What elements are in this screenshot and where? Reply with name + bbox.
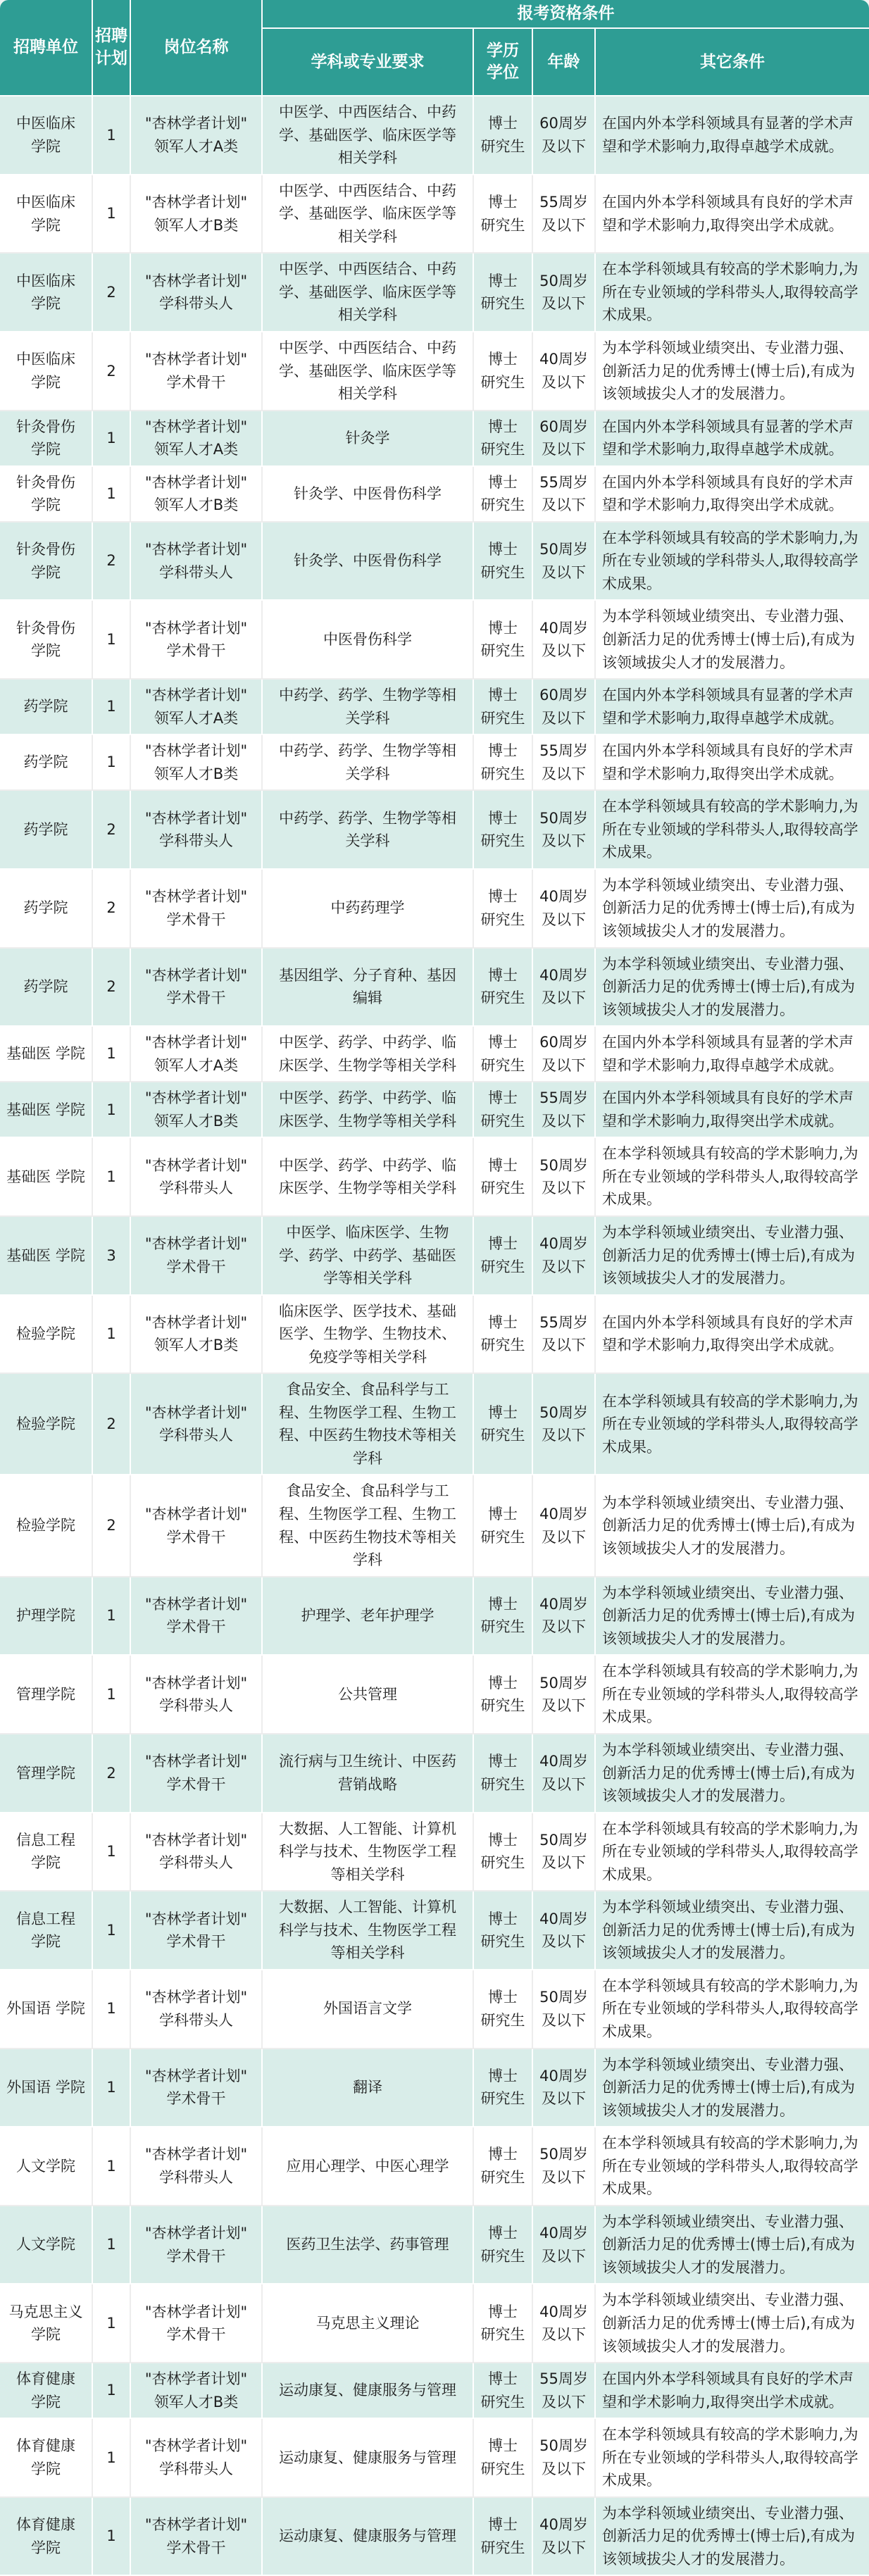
cell-position: "杏林学者计划" 领军人才A类 <box>131 1027 263 1082</box>
cell-other: 为本学科领域业绩突出、专业潜力强、创新活力足的优秀博士(博士后),有成为该领域拔… <box>596 2206 869 2285</box>
cell-subject: 大数据、人工智能、计算机科学与技术、生物医学工程等相关学科 <box>263 1813 474 1892</box>
cell-unit: 药学院 <box>0 870 93 949</box>
cell-unit: 中医临床 学院 <box>0 175 93 254</box>
cell-plan: 1 <box>93 2498 131 2576</box>
cell-degree: 博士 研究生 <box>474 2363 533 2419</box>
cell-age: 40周岁 及以下 <box>533 601 596 680</box>
cell-age: 60周岁 及以下 <box>533 680 596 735</box>
cell-unit: 管理学院 <box>0 1734 93 1813</box>
table-row: 针灸骨伤 学院1"杏林学者计划" 领军人才A类针灸学博士 研究生60周岁 及以下… <box>0 411 869 467</box>
cell-unit: 体育健康 学院 <box>0 2419 93 2498</box>
cell-position: "杏林学者计划" 领军人才B类 <box>131 1082 263 1138</box>
cell-other: 在国内外本学科领域具有良好的学术声望和学术影响力,取得突出学术成就。 <box>596 735 869 791</box>
cell-degree: 博士 研究生 <box>474 1374 533 1475</box>
cell-degree: 博士 研究生 <box>474 1217 533 1296</box>
cell-age: 55周岁 及以下 <box>533 1296 596 1375</box>
cell-unit: 外国语 学院 <box>0 1970 93 2049</box>
col-header-unit: 招聘单位 <box>0 0 93 96</box>
cell-degree: 博士 研究生 <box>474 2284 533 2363</box>
cell-degree: 博士 研究生 <box>474 332 533 411</box>
cell-position: "杏林学者计划" 学术骨干 <box>131 601 263 680</box>
cell-plan: 2 <box>93 523 131 601</box>
cell-unit: 人文学院 <box>0 2127 93 2206</box>
cell-plan: 1 <box>93 680 131 735</box>
cell-subject: 中医学、临床医学、生物学、药学、中药学、基础医学等相关学科 <box>263 1217 474 1296</box>
cell-plan: 1 <box>93 601 131 680</box>
cell-plan: 1 <box>93 1813 131 1892</box>
cell-unit: 体育健康 学院 <box>0 2498 93 2576</box>
cell-degree: 博士 研究生 <box>474 791 533 870</box>
table-row: 药学院2"杏林学者计划" 学术骨干基因组学、分子育种、基因编辑博士 研究生40周… <box>0 949 869 1027</box>
cell-unit: 信息工程 学院 <box>0 1813 93 1892</box>
recruitment-table-sheet: 招聘单位 招聘 计划 岗位名称 报考资格条件 学科或专业要求 学历 学位 年龄 … <box>0 0 869 2576</box>
cell-subject: 运动康复、健康服务与管理 <box>263 2363 474 2419</box>
cell-degree: 博士 研究生 <box>474 1970 533 2049</box>
table-row: 体育健康 学院1"杏林学者计划" 学术骨干运动康复、健康服务与管理博士 研究生4… <box>0 2498 869 2576</box>
cell-subject: 公共管理 <box>263 1656 474 1734</box>
cell-other: 在本学科领域具有较高的学术影响力,为所在专业领域的学科带头人,取得较高学术成果。 <box>596 254 869 332</box>
cell-plan: 1 <box>93 1082 131 1138</box>
cell-unit: 基础医 学院 <box>0 1217 93 1296</box>
cell-plan: 1 <box>93 1296 131 1375</box>
cell-unit: 管理学院 <box>0 1656 93 1734</box>
cell-position: "杏林学者计划" 领军人才B类 <box>131 467 263 523</box>
cell-plan: 2 <box>93 1734 131 1813</box>
cell-degree: 博士 研究生 <box>474 96 533 175</box>
cell-degree: 博士 研究生 <box>474 1734 533 1813</box>
cell-age: 50周岁 及以下 <box>533 1138 596 1217</box>
cell-degree: 博士 研究生 <box>474 1656 533 1734</box>
cell-subject: 大数据、人工智能、计算机科学与技术、生物医学工程等相关学科 <box>263 1892 474 1970</box>
cell-subject: 针灸学、中医骨伤科学 <box>263 523 474 601</box>
table-row: 检验学院2"杏林学者计划" 学术骨干食品安全、食品科学与工程、生物医学工程、生物… <box>0 1475 869 1577</box>
cell-position: "杏林学者计划" 学科带头人 <box>131 254 263 332</box>
cell-other: 为本学科领域业绩突出、专业潜力强、创新活力足的优秀博士(博士后),有成为该领域拔… <box>596 1892 869 1970</box>
cell-plan: 1 <box>93 2419 131 2498</box>
cell-other: 在本学科领域具有较高的学术影响力,为所在专业领域的学科带头人,取得较高学术成果。 <box>596 1138 869 1217</box>
cell-plan: 3 <box>93 1217 131 1296</box>
cell-unit: 中医临床 学院 <box>0 254 93 332</box>
cell-subject: 食品安全、食品科学与工程、生物医学工程、生物工程、中医药生物技术等相关学科 <box>263 1475 474 1577</box>
cell-other: 在国内外本学科领域具有良好的学术声望和学术影响力,取得突出学术成就。 <box>596 175 869 254</box>
cell-plan: 1 <box>93 1656 131 1734</box>
cell-position: "杏林学者计划" 领军人才A类 <box>131 680 263 735</box>
cell-subject: 运动康复、健康服务与管理 <box>263 2498 474 2576</box>
cell-position: "杏林学者计划" 学术骨干 <box>131 870 263 949</box>
table-row: 检验学院1"杏林学者计划" 领军人才B类临床医学、医学技术、基础医学、生物学、生… <box>0 1296 869 1375</box>
cell-degree: 博士 研究生 <box>474 1027 533 1082</box>
cell-age: 40周岁 及以下 <box>533 2049 596 2128</box>
cell-other: 在国内外本学科领域具有显著的学术声望和学术影响力,取得卓越学术成就。 <box>596 411 869 467</box>
cell-degree: 博士 研究生 <box>474 2049 533 2128</box>
cell-subject: 针灸学 <box>263 411 474 467</box>
table-row: 中医临床 学院2"杏林学者计划" 学科带头人中医学、中西医结合、中药学、基础医学… <box>0 254 869 332</box>
table-row: 基础医 学院1"杏林学者计划" 领军人才B类中医学、药学、中药学、临床医学、生物… <box>0 1082 869 1138</box>
table-row: 管理学院2"杏林学者计划" 学术骨干流行病与卫生统计、中医药营销战略博士 研究生… <box>0 1734 869 1813</box>
cell-position: "杏林学者计划" 学科带头人 <box>131 2127 263 2206</box>
cell-subject: 中医学、中西医结合、中药学、基础医学、临床医学等相关学科 <box>263 332 474 411</box>
cell-unit: 药学院 <box>0 949 93 1027</box>
cell-subject: 外国语言文学 <box>263 1970 474 2049</box>
cell-position: "杏林学者计划" 学术骨干 <box>131 2284 263 2363</box>
table-row: 马克思主义 学院1"杏林学者计划" 学术骨干马克思主义理论博士 研究生40周岁 … <box>0 2284 869 2363</box>
cell-unit: 人文学院 <box>0 2206 93 2285</box>
cell-other: 为本学科领域业绩突出、专业潜力强、创新活力足的优秀博士(博士后),有成为该领域拔… <box>596 1577 869 1656</box>
col-header-subject: 学科或专业要求 <box>263 29 474 96</box>
table-body: 中医临床 学院1"杏林学者计划" 领军人才A类中医学、中西医结合、中药学、基础医… <box>0 96 869 2576</box>
cell-plan: 1 <box>93 175 131 254</box>
cell-other: 为本学科领域业绩突出、专业潜力强、创新活力足的优秀博士(博士后),有成为该领域拔… <box>596 1734 869 1813</box>
cell-position: "杏林学者计划" 领军人才B类 <box>131 2363 263 2419</box>
cell-degree: 博士 研究生 <box>474 2127 533 2206</box>
table-row: 检验学院2"杏林学者计划" 学科带头人食品安全、食品科学与工程、生物医学工程、生… <box>0 1374 869 1475</box>
cell-other: 在本学科领域具有较高的学术影响力,为所在专业领域的学科带头人,取得较高学术成果。 <box>596 523 869 601</box>
cell-unit: 外国语 学院 <box>0 2049 93 2128</box>
cell-unit: 药学院 <box>0 791 93 870</box>
cell-plan: 2 <box>93 1475 131 1577</box>
cell-subject: 中医学、中西医结合、中药学、基础医学、临床医学等相关学科 <box>263 175 474 254</box>
cell-plan: 1 <box>93 2363 131 2419</box>
cell-position: "杏林学者计划" 学术骨干 <box>131 2206 263 2285</box>
table-row: 护理学院1"杏林学者计划" 学术骨干护理学、老年护理学博士 研究生40周岁 及以… <box>0 1577 869 1656</box>
cell-plan: 1 <box>93 1577 131 1656</box>
cell-age: 50周岁 及以下 <box>533 1813 596 1892</box>
table-row: 体育健康 学院1"杏林学者计划" 领军人才B类运动康复、健康服务与管理博士 研究… <box>0 2363 869 2419</box>
cell-unit: 检验学院 <box>0 1296 93 1375</box>
cell-age: 40周岁 及以下 <box>533 1475 596 1577</box>
cell-subject: 基因组学、分子育种、基因编辑 <box>263 949 474 1027</box>
cell-age: 40周岁 及以下 <box>533 870 596 949</box>
cell-subject: 中药药理学 <box>263 870 474 949</box>
cell-position: "杏林学者计划" 学术骨干 <box>131 1475 263 1577</box>
cell-degree: 博士 研究生 <box>474 175 533 254</box>
cell-age: 40周岁 及以下 <box>533 332 596 411</box>
cell-unit: 中医临床 学院 <box>0 96 93 175</box>
cell-position: "杏林学者计划" 学科带头人 <box>131 1970 263 2049</box>
cell-subject: 马克思主义理论 <box>263 2284 474 2363</box>
cell-unit: 针灸骨伤 学院 <box>0 411 93 467</box>
cell-other: 在本学科领域具有较高的学术影响力,为所在专业领域的学科带头人,取得较高学术成果。 <box>596 1374 869 1475</box>
cell-other: 在本学科领域具有较高的学术影响力,为所在专业领域的学科带头人,取得较高学术成果。 <box>596 1656 869 1734</box>
cell-unit: 针灸骨伤 学院 <box>0 467 93 523</box>
recruitment-table: 招聘单位 招聘 计划 岗位名称 报考资格条件 学科或专业要求 学历 学位 年龄 … <box>0 0 869 2576</box>
cell-subject: 护理学、老年护理学 <box>263 1577 474 1656</box>
cell-position: "杏林学者计划" 学术骨干 <box>131 1217 263 1296</box>
table-row: 人文学院1"杏林学者计划" 学科带头人应用心理学、中医心理学博士 研究生50周岁… <box>0 2127 869 2206</box>
cell-age: 50周岁 及以下 <box>533 2127 596 2206</box>
cell-plan: 1 <box>93 1892 131 1970</box>
cell-other: 为本学科领域业绩突出、专业潜力强、创新活力足的优秀博士(博士后),有成为该领域拔… <box>596 601 869 680</box>
cell-plan: 1 <box>93 411 131 467</box>
cell-plan: 1 <box>93 2049 131 2128</box>
cell-position: "杏林学者计划" 学科带头人 <box>131 1374 263 1475</box>
table-row: 药学院1"杏林学者计划" 领军人才A类中药学、药学、生物学等相关学科博士 研究生… <box>0 680 869 735</box>
cell-position: "杏林学者计划" 学科带头人 <box>131 791 263 870</box>
cell-unit: 药学院 <box>0 735 93 791</box>
cell-plan: 2 <box>93 870 131 949</box>
cell-position: "杏林学者计划" 领军人才B类 <box>131 1296 263 1375</box>
cell-age: 40周岁 及以下 <box>533 949 596 1027</box>
cell-other: 为本学科领域业绩突出、专业潜力强、创新活力足的优秀博士(博士后),有成为该领域拔… <box>596 332 869 411</box>
cell-age: 55周岁 及以下 <box>533 2363 596 2419</box>
cell-age: 50周岁 及以下 <box>533 1970 596 2049</box>
cell-other: 为本学科领域业绩突出、专业潜力强、创新活力足的优秀博士(博士后),有成为该领域拔… <box>596 2498 869 2576</box>
table-row: 药学院1"杏林学者计划" 领军人才B类中药学、药学、生物学等相关学科博士 研究生… <box>0 735 869 791</box>
cell-age: 40周岁 及以下 <box>533 1577 596 1656</box>
cell-degree: 博士 研究生 <box>474 411 533 467</box>
table-row: 信息工程 学院1"杏林学者计划" 学术骨干大数据、人工智能、计算机科学与技术、生… <box>0 1892 869 1970</box>
table-row: 药学院2"杏林学者计划" 学科带头人中药学、药学、生物学等相关学科博士 研究生5… <box>0 791 869 870</box>
cell-other: 在国内外本学科领域具有显著的学术声望和学术影响力,取得卓越学术成就。 <box>596 96 869 175</box>
table-row: 体育健康 学院1"杏林学者计划" 学科带头人运动康复、健康服务与管理博士 研究生… <box>0 2419 869 2498</box>
cell-degree: 博士 研究生 <box>474 2206 533 2285</box>
cell-other: 在本学科领域具有较高的学术影响力,为所在专业领域的学科带头人,取得较高学术成果。 <box>596 791 869 870</box>
table-row: 基础医 学院3"杏林学者计划" 学术骨干中医学、临床医学、生物学、药学、中药学、… <box>0 1217 869 1296</box>
cell-plan: 1 <box>93 2284 131 2363</box>
table-row: 针灸骨伤 学院1"杏林学者计划" 领军人才B类针灸学、中医骨伤科学博士 研究生5… <box>0 467 869 523</box>
cell-unit: 基础医 学院 <box>0 1027 93 1082</box>
cell-degree: 博士 研究生 <box>474 254 533 332</box>
table-row: 针灸骨伤 学院2"杏林学者计划" 学科带头人针灸学、中医骨伤科学博士 研究生50… <box>0 523 869 601</box>
cell-unit: 基础医 学院 <box>0 1138 93 1217</box>
cell-subject: 中医骨伤科学 <box>263 601 474 680</box>
cell-plan: 2 <box>93 949 131 1027</box>
cell-plan: 2 <box>93 791 131 870</box>
cell-age: 40周岁 及以下 <box>533 1217 596 1296</box>
cell-plan: 2 <box>93 254 131 332</box>
cell-subject: 临床医学、医学技术、基础医学、生物学、生物技术、免疫学等相关学科 <box>263 1296 474 1375</box>
cell-position: "杏林学者计划" 领军人才A类 <box>131 411 263 467</box>
cell-position: "杏林学者计划" 学术骨干 <box>131 949 263 1027</box>
col-header-position: 岗位名称 <box>131 0 263 96</box>
cell-other: 在国内外本学科领域具有良好的学术声望和学术影响力,取得突出学术成就。 <box>596 1082 869 1138</box>
table-row: 基础医 学院1"杏林学者计划" 领军人才A类中医学、药学、中药学、临床医学、生物… <box>0 1027 869 1082</box>
cell-age: 50周岁 及以下 <box>533 254 596 332</box>
cell-plan: 1 <box>93 1970 131 2049</box>
cell-unit: 药学院 <box>0 680 93 735</box>
cell-degree: 博士 研究生 <box>474 1082 533 1138</box>
cell-position: "杏林学者计划" 学术骨干 <box>131 1892 263 1970</box>
cell-position: "杏林学者计划" 学术骨干 <box>131 332 263 411</box>
table-row: 中医临床 学院1"杏林学者计划" 领军人才A类中医学、中西医结合、中药学、基础医… <box>0 96 869 175</box>
cell-degree: 博士 研究生 <box>474 870 533 949</box>
cell-age: 40周岁 及以下 <box>533 2206 596 2285</box>
cell-unit: 针灸骨伤 学院 <box>0 601 93 680</box>
cell-age: 40周岁 及以下 <box>533 1892 596 1970</box>
cell-degree: 博士 研究生 <box>474 735 533 791</box>
cell-age: 60周岁 及以下 <box>533 96 596 175</box>
cell-subject: 针灸学、中医骨伤科学 <box>263 467 474 523</box>
col-header-other: 其它条件 <box>596 29 869 96</box>
cell-other: 在本学科领域具有较高的学术影响力,为所在专业领域的学科带头人,取得较高学术成果。 <box>596 1970 869 2049</box>
cell-other: 在本学科领域具有较高的学术影响力,为所在专业领域的学科带头人,取得较高学术成果。 <box>596 2419 869 2498</box>
cell-subject: 医药卫生法学、药事管理 <box>263 2206 474 2285</box>
cell-position: "杏林学者计划" 领军人才B类 <box>131 175 263 254</box>
col-header-qualifications-group: 报考资格条件 <box>263 0 869 29</box>
cell-unit: 基础医 学院 <box>0 1082 93 1138</box>
cell-degree: 博士 研究生 <box>474 601 533 680</box>
cell-position: "杏林学者计划" 学术骨干 <box>131 1577 263 1656</box>
cell-plan: 1 <box>93 2127 131 2206</box>
cell-plan: 1 <box>93 1027 131 1082</box>
cell-subject: 中医学、中西医结合、中药学、基础医学、临床医学等相关学科 <box>263 96 474 175</box>
cell-degree: 博士 研究生 <box>474 680 533 735</box>
cell-degree: 博士 研究生 <box>474 1813 533 1892</box>
cell-age: 40周岁 及以下 <box>533 2498 596 2576</box>
cell-plan: 1 <box>93 1138 131 1217</box>
cell-age: 50周岁 及以下 <box>533 1374 596 1475</box>
cell-subject: 流行病与卫生统计、中医药营销战略 <box>263 1734 474 1813</box>
cell-unit: 中医临床 学院 <box>0 332 93 411</box>
cell-subject: 运动康复、健康服务与管理 <box>263 2419 474 2498</box>
cell-age: 40周岁 及以下 <box>533 1734 596 1813</box>
col-header-age: 年龄 <box>533 29 596 96</box>
cell-age: 60周岁 及以下 <box>533 1027 596 1082</box>
cell-other: 在本学科领域具有较高的学术影响力,为所在专业领域的学科带头人,取得较高学术成果。 <box>596 1813 869 1892</box>
cell-position: "杏林学者计划" 学术骨干 <box>131 2498 263 2576</box>
table-header: 招聘单位 招聘 计划 岗位名称 报考资格条件 学科或专业要求 学历 学位 年龄 … <box>0 0 869 96</box>
cell-age: 60周岁 及以下 <box>533 411 596 467</box>
table-row: 中医临床 学院1"杏林学者计划" 领军人才B类中医学、中西医结合、中药学、基础医… <box>0 175 869 254</box>
cell-plan: 1 <box>93 96 131 175</box>
cell-age: 50周岁 及以下 <box>533 1656 596 1734</box>
cell-unit: 信息工程 学院 <box>0 1892 93 1970</box>
cell-position: "杏林学者计划" 领军人才B类 <box>131 735 263 791</box>
cell-subject: 中医学、中西医结合、中药学、基础医学、临床医学等相关学科 <box>263 254 474 332</box>
cell-age: 55周岁 及以下 <box>533 1082 596 1138</box>
table-row: 外国语 学院1"杏林学者计划" 学术骨干翻译博士 研究生40周岁 及以下为本学科… <box>0 2049 869 2128</box>
cell-subject: 中医学、药学、中药学、临床医学、生物学等相关学科 <box>263 1027 474 1082</box>
cell-position: "杏林学者计划" 学术骨干 <box>131 2049 263 2128</box>
cell-position: "杏林学者计划" 学科带头人 <box>131 1138 263 1217</box>
col-header-plan: 招聘 计划 <box>93 0 131 96</box>
cell-degree: 博士 研究生 <box>474 949 533 1027</box>
table-row: 药学院2"杏林学者计划" 学术骨干中药药理学博士 研究生40周岁 及以下为本学科… <box>0 870 869 949</box>
cell-other: 为本学科领域业绩突出、专业潜力强、创新活力足的优秀博士(博士后),有成为该领域拔… <box>596 870 869 949</box>
cell-unit: 体育健康 学院 <box>0 2363 93 2419</box>
table-row: 外国语 学院1"杏林学者计划" 学科带头人外国语言文学博士 研究生50周岁 及以… <box>0 1970 869 2049</box>
cell-other: 为本学科领域业绩突出、专业潜力强、创新活力足的优秀博士(博士后),有成为该领域拔… <box>596 2284 869 2363</box>
cell-plan: 2 <box>93 332 131 411</box>
cell-unit: 马克思主义 学院 <box>0 2284 93 2363</box>
cell-degree: 博士 研究生 <box>474 1475 533 1577</box>
cell-degree: 博士 研究生 <box>474 1577 533 1656</box>
cell-subject: 中药学、药学、生物学等相关学科 <box>263 680 474 735</box>
table-row: 管理学院1"杏林学者计划" 学科带头人公共管理博士 研究生50周岁 及以下在本学… <box>0 1656 869 1734</box>
cell-position: "杏林学者计划" 学科带头人 <box>131 523 263 601</box>
cell-unit: 护理学院 <box>0 1577 93 1656</box>
cell-plan: 1 <box>93 467 131 523</box>
cell-degree: 博士 研究生 <box>474 2419 533 2498</box>
cell-degree: 博士 研究生 <box>474 2498 533 2576</box>
table-row: 中医临床 学院2"杏林学者计划" 学术骨干中医学、中西医结合、中药学、基础医学、… <box>0 332 869 411</box>
cell-plan: 1 <box>93 2206 131 2285</box>
cell-age: 50周岁 及以下 <box>533 523 596 601</box>
table-row: 人文学院1"杏林学者计划" 学术骨干医药卫生法学、药事管理博士 研究生40周岁 … <box>0 2206 869 2285</box>
cell-subject: 翻译 <box>263 2049 474 2128</box>
cell-other: 在国内外本学科领域具有显著的学术声望和学术影响力,取得卓越学术成就。 <box>596 1027 869 1082</box>
table-row: 信息工程 学院1"杏林学者计划" 学科带头人大数据、人工智能、计算机科学与技术、… <box>0 1813 869 1892</box>
cell-plan: 2 <box>93 1374 131 1475</box>
cell-other: 在国内外本学科领域具有显著的学术声望和学术影响力,取得卓越学术成就。 <box>596 680 869 735</box>
header-row-group: 招聘单位 招聘 计划 岗位名称 报考资格条件 <box>0 0 869 29</box>
cell-subject: 中医学、药学、中药学、临床医学、生物学等相关学科 <box>263 1082 474 1138</box>
cell-other: 为本学科领域业绩突出、专业潜力强、创新活力足的优秀博士(博士后),有成为该领域拔… <box>596 1217 869 1296</box>
cell-other: 在国内外本学科领域具有良好的学术声望和学术影响力,取得突出学术成就。 <box>596 2363 869 2419</box>
cell-subject: 中药学、药学、生物学等相关学科 <box>263 735 474 791</box>
cell-degree: 博士 研究生 <box>474 1296 533 1375</box>
cell-degree: 博士 研究生 <box>474 523 533 601</box>
cell-other: 为本学科领域业绩突出、专业潜力强、创新活力足的优秀博士(博士后),有成为该领域拔… <box>596 2049 869 2128</box>
table-row: 基础医 学院1"杏林学者计划" 学科带头人中医学、药学、中药学、临床医学、生物学… <box>0 1138 869 1217</box>
cell-other: 为本学科领域业绩突出、专业潜力强、创新活力足的优秀博士(博士后),有成为该领域拔… <box>596 949 869 1027</box>
table-row: 针灸骨伤 学院1"杏林学者计划" 学术骨干中医骨伤科学博士 研究生40周岁 及以… <box>0 601 869 680</box>
cell-age: 50周岁 及以下 <box>533 791 596 870</box>
cell-degree: 博士 研究生 <box>474 467 533 523</box>
cell-plan: 1 <box>93 735 131 791</box>
col-header-degree: 学历 学位 <box>474 29 533 96</box>
cell-other: 在本学科领域具有较高的学术影响力,为所在专业领域的学科带头人,取得较高学术成果。 <box>596 2127 869 2206</box>
cell-degree: 博士 研究生 <box>474 1892 533 1970</box>
cell-position: "杏林学者计划" 学术骨干 <box>131 1734 263 1813</box>
cell-other: 为本学科领域业绩突出、专业潜力强、创新活力足的优秀博士(博士后),有成为该领域拔… <box>596 1475 869 1577</box>
cell-position: "杏林学者计划" 学科带头人 <box>131 1656 263 1734</box>
cell-age: 55周岁 及以下 <box>533 467 596 523</box>
cell-other: 在国内外本学科领域具有良好的学术声望和学术影响力,取得突出学术成就。 <box>596 467 869 523</box>
cell-position: "杏林学者计划" 学科带头人 <box>131 2419 263 2498</box>
cell-unit: 检验学院 <box>0 1475 93 1577</box>
cell-unit: 检验学院 <box>0 1374 93 1475</box>
cell-subject: 应用心理学、中医心理学 <box>263 2127 474 2206</box>
cell-age: 40周岁 及以下 <box>533 2284 596 2363</box>
cell-age: 55周岁 及以下 <box>533 735 596 791</box>
cell-age: 50周岁 及以下 <box>533 2419 596 2498</box>
cell-unit: 针灸骨伤 学院 <box>0 523 93 601</box>
cell-position: "杏林学者计划" 领军人才A类 <box>131 96 263 175</box>
cell-degree: 博士 研究生 <box>474 1138 533 1217</box>
cell-subject: 中医学、药学、中药学、临床医学、生物学等相关学科 <box>263 1138 474 1217</box>
cell-position: "杏林学者计划" 学科带头人 <box>131 1813 263 1892</box>
cell-other: 在国内外本学科领域具有良好的学术声望和学术影响力,取得突出学术成就。 <box>596 1296 869 1375</box>
cell-subject: 食品安全、食品科学与工程、生物医学工程、生物工程、中医药生物技术等相关学科 <box>263 1374 474 1475</box>
cell-age: 55周岁 及以下 <box>533 175 596 254</box>
cell-subject: 中药学、药学、生物学等相关学科 <box>263 791 474 870</box>
